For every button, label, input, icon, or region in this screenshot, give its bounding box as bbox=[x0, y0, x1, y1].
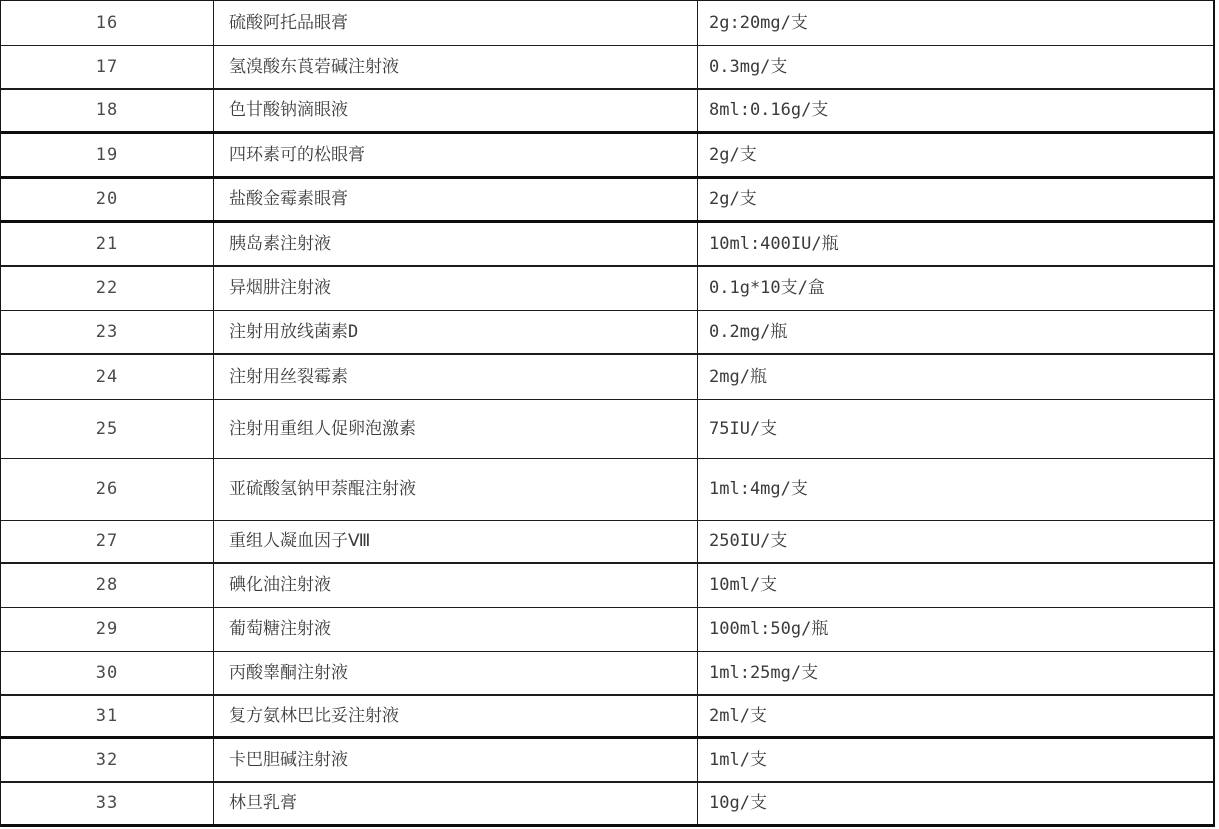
drug-name-cell: 重组人凝血因子Ⅷ bbox=[214, 521, 698, 562]
drug-name-cell: 四环素可的松眼膏 bbox=[214, 134, 698, 176]
row-number-cell: 25 bbox=[1, 400, 214, 458]
spec-cell: 0.1g*10支/盒 bbox=[698, 267, 1213, 310]
table-row: 28 碘化油注射液 10ml/支 bbox=[1, 564, 1213, 608]
table-row: 29 葡萄糖注射液 100ml:50g/瓶 bbox=[1, 608, 1213, 652]
row-number-cell: 16 bbox=[1, 1, 214, 45]
table-row: 27 重组人凝血因子Ⅷ 250IU/支 bbox=[1, 521, 1213, 564]
table-row: 16 硫酸阿托品眼膏 2g:20mg/支 bbox=[1, 1, 1213, 46]
spec-cell: 1ml/支 bbox=[698, 739, 1213, 781]
spec-cell: 75IU/支 bbox=[698, 400, 1213, 458]
drug-name-cell: 盐酸金霉素眼膏 bbox=[214, 179, 698, 220]
table-row: 17 氢溴酸东莨菪碱注射液 0.3mg/支 bbox=[1, 46, 1213, 90]
row-number-cell: 29 bbox=[1, 608, 214, 651]
table-row: 32 卡巴胆碱注射液 1ml/支 bbox=[1, 739, 1213, 783]
row-number-cell: 18 bbox=[1, 90, 214, 131]
spec-cell: 10ml/支 bbox=[698, 564, 1213, 607]
spec-cell: 250IU/支 bbox=[698, 521, 1213, 562]
spec-cell: 1ml:25mg/支 bbox=[698, 652, 1213, 694]
table-row: 20 盐酸金霉素眼膏 2g/支 bbox=[1, 179, 1213, 223]
spec-cell: 2g:20mg/支 bbox=[698, 1, 1213, 45]
drug-table: 16 硫酸阿托品眼膏 2g:20mg/支 17 氢溴酸东莨菪碱注射液 0.3mg… bbox=[0, 0, 1215, 827]
table-row: 30 丙酸睾酮注射液 1ml:25mg/支 bbox=[1, 652, 1213, 696]
drug-name-cell: 林旦乳膏 bbox=[214, 783, 698, 824]
row-number-cell: 30 bbox=[1, 652, 214, 694]
table-row: 25 注射用重组人促卵泡激素 75IU/支 bbox=[1, 400, 1213, 459]
table-row: 19 四环素可的松眼膏 2g/支 bbox=[1, 134, 1213, 179]
drug-name-cell: 葡萄糖注射液 bbox=[214, 608, 698, 651]
spec-cell: 0.2mg/瓶 bbox=[698, 311, 1213, 353]
drug-name-cell: 卡巴胆碱注射液 bbox=[214, 739, 698, 781]
drug-name-cell: 注射用重组人促卵泡激素 bbox=[214, 400, 698, 458]
drug-name-cell: 异烟肼注射液 bbox=[214, 267, 698, 310]
row-number-cell: 24 bbox=[1, 355, 214, 399]
spec-cell: 100ml:50g/瓶 bbox=[698, 608, 1213, 651]
drug-name-cell: 注射用放线菌素D bbox=[214, 311, 698, 353]
spec-cell: 10ml:400IU/瓶 bbox=[698, 223, 1213, 265]
table-row: 31 复方氨林巴比妥注射液 2ml/支 bbox=[1, 696, 1213, 739]
drug-name-cell: 碘化油注射液 bbox=[214, 564, 698, 607]
drug-name-cell: 亚硫酸氢钠甲萘醌注射液 bbox=[214, 459, 698, 520]
row-number-cell: 19 bbox=[1, 134, 214, 176]
spec-cell: 0.3mg/支 bbox=[698, 46, 1213, 88]
row-number-cell: 32 bbox=[1, 739, 214, 781]
drug-name-cell: 注射用丝裂霉素 bbox=[214, 355, 698, 399]
row-number-cell: 28 bbox=[1, 564, 214, 607]
table-row: 22 异烟肼注射液 0.1g*10支/盒 bbox=[1, 267, 1213, 311]
row-number-cell: 26 bbox=[1, 459, 214, 520]
row-number-cell: 22 bbox=[1, 267, 214, 310]
table-row: 21 胰岛素注射液 10ml:400IU/瓶 bbox=[1, 223, 1213, 267]
spec-cell: 10g/支 bbox=[698, 783, 1213, 824]
spec-cell: 8ml:0.16g/支 bbox=[698, 90, 1213, 131]
row-number-cell: 17 bbox=[1, 46, 214, 88]
spec-cell: 2g/支 bbox=[698, 179, 1213, 220]
table-row: 26 亚硫酸氢钠甲萘醌注射液 1ml:4mg/支 bbox=[1, 459, 1213, 521]
table-row: 24 注射用丝裂霉素 2mg/瓶 bbox=[1, 355, 1213, 400]
row-number-cell: 27 bbox=[1, 521, 214, 562]
drug-name-cell: 胰岛素注射液 bbox=[214, 223, 698, 265]
table-row: 18 色甘酸钠滴眼液 8ml:0.16g/支 bbox=[1, 90, 1213, 134]
row-number-cell: 20 bbox=[1, 179, 214, 220]
row-number-cell: 21 bbox=[1, 223, 214, 265]
row-number-cell: 33 bbox=[1, 783, 214, 824]
drug-name-cell: 色甘酸钠滴眼液 bbox=[214, 90, 698, 131]
table-row: 33 林旦乳膏 10g/支 bbox=[1, 783, 1213, 827]
spec-cell: 2g/支 bbox=[698, 134, 1213, 176]
drug-name-cell: 氢溴酸东莨菪碱注射液 bbox=[214, 46, 698, 88]
row-number-cell: 31 bbox=[1, 696, 214, 736]
table-row: 23 注射用放线菌素D 0.2mg/瓶 bbox=[1, 311, 1213, 355]
row-number-cell: 23 bbox=[1, 311, 214, 353]
document-page: 16 硫酸阿托品眼膏 2g:20mg/支 17 氢溴酸东莨菪碱注射液 0.3mg… bbox=[0, 0, 1219, 829]
spec-cell: 1ml:4mg/支 bbox=[698, 459, 1213, 520]
drug-name-cell: 丙酸睾酮注射液 bbox=[214, 652, 698, 694]
drug-name-cell: 硫酸阿托品眼膏 bbox=[214, 1, 698, 45]
spec-cell: 2ml/支 bbox=[698, 696, 1213, 736]
spec-cell: 2mg/瓶 bbox=[698, 355, 1213, 399]
drug-name-cell: 复方氨林巴比妥注射液 bbox=[214, 696, 698, 736]
